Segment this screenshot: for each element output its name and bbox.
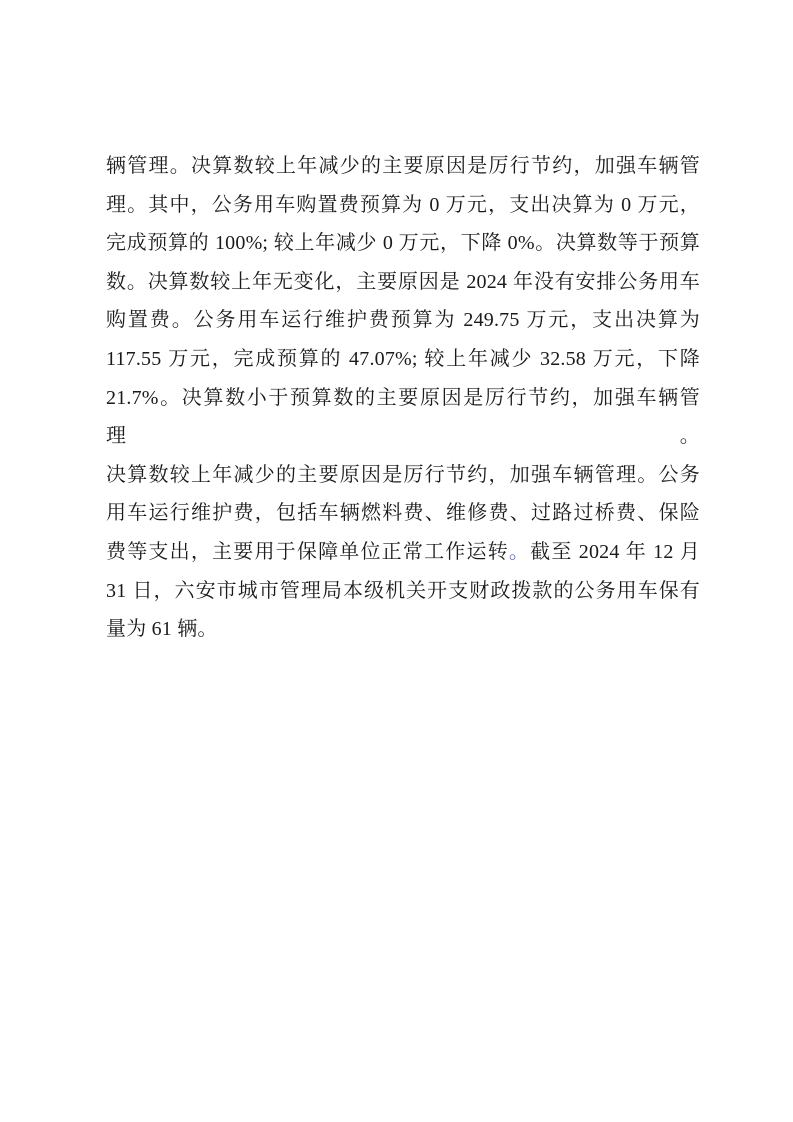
document-page: 辆管理。决算数较上年减少的主要原因是厉行节约，加强车辆管 理。其中，公务用车购置… (0, 0, 793, 1122)
text-line-12: 量为 61 辆。 (106, 610, 700, 649)
text-line-4: 数。决算数较上年无变化，主要原因是 2024 年没有安排公务用车 (106, 263, 700, 302)
text-line-1: 辆管理。决算数较上年减少的主要原因是厉行节约，加强车辆管 (106, 147, 700, 186)
text-line-9: 用车运行维护费，包括车辆燃料费、维修费、过路过桥费、保险 (106, 494, 700, 533)
text-line-2: 理。其中，公务用车购置费预算为 0 万元，支出决算为 0 万元， (106, 186, 700, 225)
text-line-10-pre: 费等支出，主要用于保障单位正常工作运转 (106, 541, 509, 563)
text-line-3: 完成预算的 100%; 较上年减少 0 万元，下降 0%。决算数等于预算 (106, 224, 700, 263)
blue-period-mark: 。 (509, 541, 530, 563)
text-line-5: 购置费。公务用车运行维护费预算为 249.75 万元，支出决算为 (106, 301, 700, 340)
paragraph: 辆管理。决算数较上年减少的主要原因是厉行节约，加强车辆管 理。其中，公务用车购置… (106, 147, 700, 649)
text-line-11: 31 日，六安市城市管理局本级机关开支财政拨款的公务用车保有 (106, 572, 700, 611)
text-line-7: 21.7%。决算数小于预算数的主要原因是厉行节约，加强车辆管理。 (106, 379, 700, 456)
text-line-8: 决算数较上年减少的主要原因是厉行节约，加强车辆管理。公务 (106, 456, 700, 495)
text-line-6: 117.55 万元，完成预算的 47.07%; 较上年减少 32.58 万元，下… (106, 340, 700, 379)
text-line-10-post: 截至 2024 年 12 月 (530, 541, 700, 563)
text-line-10: 费等支出，主要用于保障单位正常工作运转。截至 2024 年 12 月 (106, 533, 700, 572)
